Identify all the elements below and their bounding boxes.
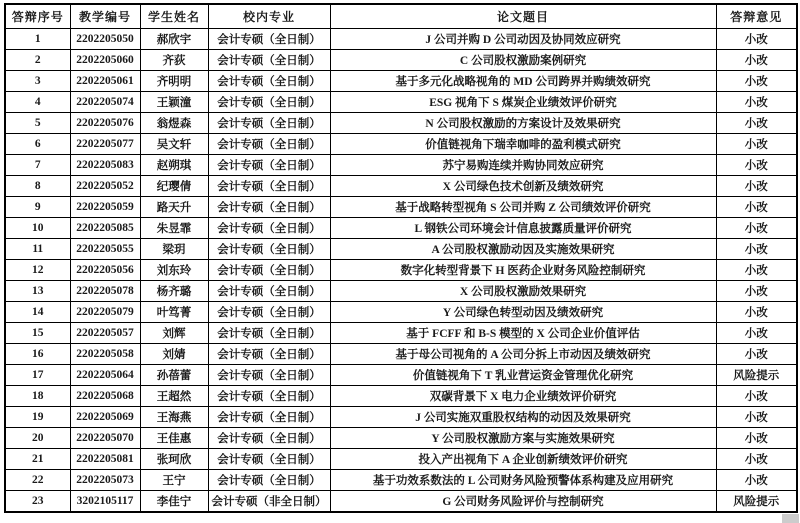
cell-student-name: 赵朔琪 [140,155,208,176]
cell-thesis-title: 投入产出视角下 A 企业创新绩效评价研究 [330,449,716,470]
cell-thesis-title: C 公司股权激励案例研究 [330,50,716,71]
cell-student-name: 张珂欣 [140,449,208,470]
cell-seq: 23 [5,491,70,513]
cell-major: 会计专硕（全日制） [208,197,330,218]
cell-teaching-id: 2202205073 [70,470,140,491]
cell-teaching-id: 2202205056 [70,260,140,281]
cell-teaching-id: 2202205069 [70,407,140,428]
cell-major: 会计专硕（全日制） [208,134,330,155]
cell-seq: 6 [5,134,70,155]
cell-opinion: 小改 [716,344,797,365]
cell-student-name: 王颖潼 [140,92,208,113]
cell-major: 会计专硕（全日制） [208,302,330,323]
cell-opinion: 小改 [716,428,797,449]
cell-seq: 12 [5,260,70,281]
table-row: 62202205077吴文轩会计专硕（全日制）价值链视角下瑞幸咖啡的盈利模式研究… [5,134,797,155]
cell-student-name: 刘东玲 [140,260,208,281]
cell-thesis-title: 双碳背景下 X 电力企业绩效评价研究 [330,386,716,407]
scroll-corner-handle[interactable] [782,514,799,523]
table-row: 42202205074王颖潼会计专硕（全日制）ESG 视角下 S 煤炭企业绩效评… [5,92,797,113]
table-row: 12202205050郝欣宇会计专硕（全日制）J 公司并购 D 公司动因及协同效… [5,29,797,50]
cell-thesis-title: 苏宁易购连续并购协同效应研究 [330,155,716,176]
cell-seq: 21 [5,449,70,470]
cell-thesis-title: 基于战略转型视角 S 公司并购 Z 公司绩效评价研究 [330,197,716,218]
cell-seq: 11 [5,239,70,260]
cell-seq: 16 [5,344,70,365]
cell-student-name: 翁煜森 [140,113,208,134]
table-row: 192202205069王海燕会计专硕（全日制）J 公司实施双重股权结构的动因及… [5,407,797,428]
cell-major: 会计专硕（全日制） [208,29,330,50]
cell-seq: 14 [5,302,70,323]
cell-teaching-id: 2202205058 [70,344,140,365]
cell-thesis-title: G 公司财务风险评价与控制研究 [330,491,716,513]
column-header-seq: 答辩序号 [5,4,70,29]
cell-opinion: 小改 [716,197,797,218]
cell-opinion: 小改 [716,92,797,113]
cell-seq: 1 [5,29,70,50]
cell-teaching-id: 2202205081 [70,449,140,470]
table-body: 12202205050郝欣宇会计专硕（全日制）J 公司并购 D 公司动因及协同效… [5,29,797,513]
cell-seq: 20 [5,428,70,449]
cell-student-name: 王佳惠 [140,428,208,449]
cell-student-name: 朱昱霏 [140,218,208,239]
cell-seq: 13 [5,281,70,302]
cell-opinion: 小改 [716,155,797,176]
column-header-major: 校内专业 [208,4,330,29]
cell-opinion: 小改 [716,29,797,50]
cell-major: 会计专硕（全日制） [208,260,330,281]
table-header-row: 答辩序号 教学编号 学生姓名 校内专业 论文题目 答辩意见 [5,4,797,29]
cell-thesis-title: 价值链视角下 T 乳业营运资金管理优化研究 [330,365,716,386]
cell-thesis-title: X 公司绿色技术创新及绩效研究 [330,176,716,197]
cell-seq: 8 [5,176,70,197]
cell-teaching-id: 2202205074 [70,92,140,113]
cell-thesis-title: 基于母公司视角的 A 公司分拆上市动因及绩效研究 [330,344,716,365]
cell-student-name: 王海燕 [140,407,208,428]
cell-seq: 22 [5,470,70,491]
cell-seq: 17 [5,365,70,386]
table-row: 182202205068王超然会计专硕（全日制）双碳背景下 X 电力企业绩效评价… [5,386,797,407]
cell-major: 会计专硕（全日制） [208,428,330,449]
cell-opinion: 小改 [716,386,797,407]
table-row: 132202205078杨齐璐会计专硕（全日制）X 公司股权激励效果研究小改 [5,281,797,302]
cell-teaching-id: 2202205068 [70,386,140,407]
cell-seq: 18 [5,386,70,407]
cell-major: 会计专硕（全日制） [208,50,330,71]
cell-major: 会计专硕（全日制） [208,218,330,239]
cell-teaching-id: 2202205055 [70,239,140,260]
cell-teaching-id: 2202205077 [70,134,140,155]
cell-thesis-title: 数字化转型背景下 H 医药企业财务风险控制研究 [330,260,716,281]
table-row: 222202205073王宁会计专硕（全日制）基于功效系数法的 L 公司财务风险… [5,470,797,491]
cell-teaching-id: 2202205057 [70,323,140,344]
cell-student-name: 郝欣宇 [140,29,208,50]
cell-major: 会计专硕（全日制） [208,386,330,407]
cell-student-name: 纪璎倩 [140,176,208,197]
cell-major: 会计专硕（全日制） [208,239,330,260]
cell-opinion: 小改 [716,470,797,491]
cell-thesis-title: Y 公司绿色转型动因及绩效研究 [330,302,716,323]
cell-opinion: 小改 [716,176,797,197]
cell-opinion: 小改 [716,302,797,323]
column-header-teaching-id: 教学编号 [70,4,140,29]
table-row: 72202205083赵朔琪会计专硕（全日制）苏宁易购连续并购协同效应研究小改 [5,155,797,176]
cell-teaching-id: 2202205060 [70,50,140,71]
table-row: 32202205061齐明明会计专硕（全日制）基于多元化战略视角的 MD 公司跨… [5,71,797,92]
cell-thesis-title: N 公司股权激励的方案设计及效果研究 [330,113,716,134]
cell-opinion: 小改 [716,71,797,92]
table-row: 92202205059路天升会计专硕（全日制）基于战略转型视角 S 公司并购 Z… [5,197,797,218]
cell-thesis-title: A 公司股权激励动因及实施效果研究 [330,239,716,260]
column-header-opinion: 答辩意见 [716,4,797,29]
cell-seq: 9 [5,197,70,218]
cell-student-name: 梁玥 [140,239,208,260]
column-header-thesis-title: 论文题目 [330,4,716,29]
cell-seq: 10 [5,218,70,239]
cell-seq: 19 [5,407,70,428]
cell-teaching-id: 2202205061 [70,71,140,92]
cell-thesis-title: J 公司并购 D 公司动因及协同效应研究 [330,29,716,50]
cell-student-name: 刘婧 [140,344,208,365]
cell-opinion: 小改 [716,50,797,71]
table-row: 233202105117李佳宁会计专硕（非全日制）G 公司财务风险评价与控制研究… [5,491,797,513]
cell-opinion: 小改 [716,239,797,260]
cell-thesis-title: X 公司股权激励效果研究 [330,281,716,302]
table-row: 52202205076翁煜森会计专硕（全日制）N 公司股权激励的方案设计及效果研… [5,113,797,134]
cell-student-name: 齐明明 [140,71,208,92]
cell-teaching-id: 2202205078 [70,281,140,302]
cell-major: 会计专硕（全日制） [208,407,330,428]
cell-opinion: 小改 [716,323,797,344]
cell-seq: 5 [5,113,70,134]
column-header-student-name: 学生姓名 [140,4,208,29]
cell-seq: 3 [5,71,70,92]
cell-seq: 15 [5,323,70,344]
defense-roster-table: 答辩序号 教学编号 学生姓名 校内专业 论文题目 答辩意见 1220220505… [4,3,798,513]
cell-opinion: 小改 [716,449,797,470]
cell-opinion: 小改 [716,407,797,428]
cell-thesis-title: 基于多元化战略视角的 MD 公司跨界并购绩效研究 [330,71,716,92]
cell-teaching-id: 2202205076 [70,113,140,134]
cell-opinion: 小改 [716,134,797,155]
cell-opinion: 风险提示 [716,365,797,386]
cell-teaching-id: 2202205064 [70,365,140,386]
cell-student-name: 叶笃菁 [140,302,208,323]
cell-major: 会计专硕（全日制） [208,344,330,365]
cell-seq: 2 [5,50,70,71]
cell-major: 会计专硕（全日制） [208,71,330,92]
cell-major: 会计专硕（全日制） [208,365,330,386]
table-row: 142202205079叶笃菁会计专硕（全日制）Y 公司绿色转型动因及绩效研究小… [5,302,797,323]
cell-thesis-title: L 钢铁公司环境会计信息披露质量评价研究 [330,218,716,239]
cell-seq: 4 [5,92,70,113]
cell-major: 会计专硕（非全日制） [208,491,330,513]
cell-student-name: 刘辉 [140,323,208,344]
cell-thesis-title: 价值链视角下瑞幸咖啡的盈利模式研究 [330,134,716,155]
table-row: 162202205058刘婧会计专硕（全日制）基于母公司视角的 A 公司分拆上市… [5,344,797,365]
cell-opinion: 小改 [716,260,797,281]
table-row: 122202205056刘东玲会计专硕（全日制）数字化转型背景下 H 医药企业财… [5,260,797,281]
cell-major: 会计专硕（全日制） [208,470,330,491]
table-row: 212202205081张珂欣会计专硕（全日制）投入产出视角下 A 企业创新绩效… [5,449,797,470]
cell-teaching-id: 3202105117 [70,491,140,513]
cell-student-name: 齐荻 [140,50,208,71]
cell-teaching-id: 2202205079 [70,302,140,323]
cell-teaching-id: 2202205052 [70,176,140,197]
document-page: 答辩序号 教学编号 学生姓名 校内专业 论文题目 答辩意见 1220220505… [0,0,800,523]
cell-major: 会计专硕（全日制） [208,323,330,344]
cell-thesis-title: J 公司实施双重股权结构的动因及效果研究 [330,407,716,428]
cell-opinion: 小改 [716,113,797,134]
cell-student-name: 孙蓓蕾 [140,365,208,386]
cell-student-name: 李佳宁 [140,491,208,513]
cell-student-name: 吴文轩 [140,134,208,155]
cell-major: 会计专硕（全日制） [208,281,330,302]
cell-student-name: 王宁 [140,470,208,491]
cell-major: 会计专硕（全日制） [208,155,330,176]
cell-major: 会计专硕（全日制） [208,449,330,470]
cell-major: 会计专硕（全日制） [208,113,330,134]
cell-thesis-title: ESG 视角下 S 煤炭企业绩效评价研究 [330,92,716,113]
table-row: 172202205064孙蓓蕾会计专硕（全日制）价值链视角下 T 乳业营运资金管… [5,365,797,386]
cell-opinion: 小改 [716,281,797,302]
cell-major: 会计专硕（全日制） [208,92,330,113]
table-row: 102202205085朱昱霏会计专硕（全日制）L 钢铁公司环境会计信息披露质量… [5,218,797,239]
cell-teaching-id: 2202205050 [70,29,140,50]
table-row: 22202205060齐荻会计专硕（全日制）C 公司股权激励案例研究小改 [5,50,797,71]
cell-opinion: 风险提示 [716,491,797,513]
table-row: 152202205057刘辉会计专硕（全日制）基于 FCFF 和 B-S 模型的… [5,323,797,344]
table-row: 202202205070王佳惠会计专硕（全日制）Y 公司股权激励方案与实施效果研… [5,428,797,449]
cell-thesis-title: 基于功效系数法的 L 公司财务风险预警体系构建及应用研究 [330,470,716,491]
cell-teaching-id: 2202205070 [70,428,140,449]
table-row: 82202205052纪璎倩会计专硕（全日制）X 公司绿色技术创新及绩效研究小改 [5,176,797,197]
cell-teaching-id: 2202205085 [70,218,140,239]
table-row: 112202205055梁玥会计专硕（全日制）A 公司股权激励动因及实施效果研究… [5,239,797,260]
cell-major: 会计专硕（全日制） [208,176,330,197]
cell-student-name: 杨齐璐 [140,281,208,302]
cell-student-name: 路天升 [140,197,208,218]
cell-opinion: 小改 [716,218,797,239]
cell-student-name: 王超然 [140,386,208,407]
cell-thesis-title: Y 公司股权激励方案与实施效果研究 [330,428,716,449]
cell-teaching-id: 2202205083 [70,155,140,176]
cell-teaching-id: 2202205059 [70,197,140,218]
cell-thesis-title: 基于 FCFF 和 B-S 模型的 X 公司企业价值评估 [330,323,716,344]
cell-seq: 7 [5,155,70,176]
